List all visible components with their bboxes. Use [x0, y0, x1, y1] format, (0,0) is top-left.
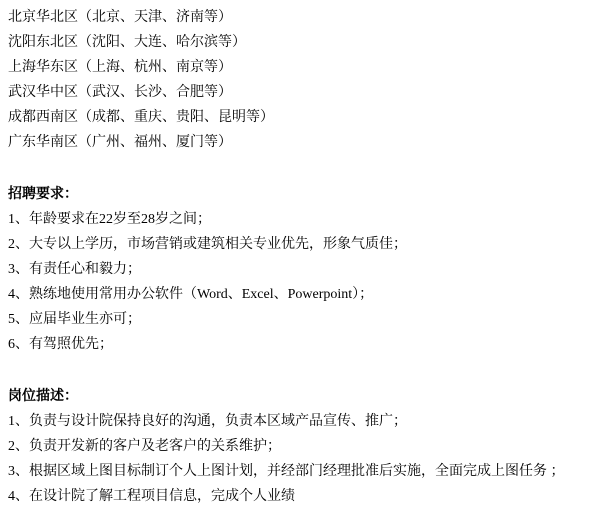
description-item: 1、负责与设计院保持良好的沟通，负责本区域产品宣传、推广； [8, 409, 584, 434]
requirement-item: 1、年龄要求在22岁至28岁之间； [8, 207, 584, 232]
requirement-item: 5、应届毕业生亦可； [8, 307, 584, 332]
description-item: 4、在设计院了解工程项目信息，完成个人业绩 [8, 484, 584, 506]
description-item: 3、根据区域上图目标制订个人上图计划，并经部门经理批准后实施，全面完成上图任务 … [8, 459, 584, 484]
requirement-item: 2、大专以上学历，市场营销或建筑相关专业优先，形象气质佳； [8, 232, 584, 257]
region-list-item: 成都西南区（成都、重庆、贵阳、昆明等） [8, 105, 584, 130]
requirement-item: 4、熟练地使用常用办公软件（Word、Excel、Powerpoint）； [8, 282, 584, 307]
region-list-item: 广东华南区（广州、福州、厦门等） [8, 130, 584, 155]
description-item: 2、负责开发新的客户及老客户的关系维护； [8, 434, 584, 459]
requirement-item: 3、有责任心和毅力； [8, 257, 584, 282]
region-list-item: 上海华东区（上海、杭州、南京等） [8, 55, 584, 80]
region-list-item: 北京华北区（北京、天津、济南等） [8, 5, 584, 30]
job-posting-document: 北京华北区（北京、天津、济南等） 沈阳东北区（沈阳、大连、哈尔滨等） 上海华东区… [0, 0, 592, 506]
description-heading: 岗位描述： [8, 384, 584, 409]
region-list-item: 武汉华中区（武汉、长沙、合肥等） [8, 80, 584, 105]
requirement-item: 6、有驾照优先； [8, 332, 584, 357]
requirements-heading: 招聘要求： [8, 182, 584, 207]
region-list-item: 沈阳东北区（沈阳、大连、哈尔滨等） [8, 30, 584, 55]
